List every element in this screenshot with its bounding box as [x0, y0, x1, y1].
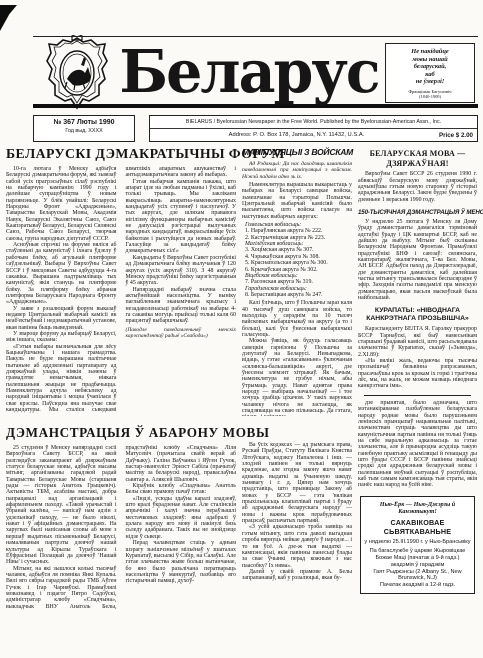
middle-column: МАНІПУЛЯЦЫІ З ВОЙСКАМ Ад Рэдакцыі: Да на…: [242, 146, 352, 652]
article-demo-mova-body: 25 студзеня ў Менску напярэдадні сэсіі В…: [6, 445, 236, 613]
price-label: Price $ 2.00: [439, 132, 473, 139]
demo-paragraph: «З усёй адказнасьцю трэба заявіць на гэт…: [242, 524, 352, 568]
headline-demo-mova: ДЭМАНСТРАЦЫЯ Ў АБАРОНУ МОВЫ: [6, 425, 236, 440]
divider-rule: [364, 395, 471, 396]
announcement-box: Нью-Ёрк — Нью-Джэрзы й Канэктыкут! САКАВ…: [360, 496, 475, 594]
announcement-details: у нядзелю 25.III.1990 г. у Нью-Брансьвік…: [364, 539, 471, 589]
article-demo-mova-col4: дзе прынятая, было адзначана, што мэтана…: [358, 400, 477, 489]
scan-artifact: [0, 5, 17, 31]
article-demo150-body: У нядзелю 25 лютага ў Менску ля Дому ўра…: [358, 219, 477, 301]
forum-paragraph: 10-га лютага ў Менску адбыўся Беларускі …: [6, 166, 117, 242]
demo-paragraph: «Людзі, усюды здаўна каралі зладзеяў, шт…: [126, 496, 237, 540]
headline-kurapaty: КУРАПАТЫ: «НІВОДНАГА КАНКРЭТНАГА ПРОЗЬВІ…: [358, 307, 477, 323]
demo-paragraph: 25 студзеня ў Менску напярэдадні сэсіі В…: [6, 445, 117, 566]
address-row: Address: P. O. Box 178, Jamaica, N.Y. 11…: [150, 129, 477, 141]
demo-paragraph: Кіраўнік клюбу «Спадчына» Анатоль Белы с…: [126, 483, 237, 496]
left-columns: БЕЛАРУСКІ ДЭМАКРАТЫЧНЫ ФОРУМ 10-га лютаг…: [6, 146, 236, 652]
announcement-line: Гаят Рыджэнсы (2 Albany St., New Brunswi…: [364, 569, 471, 583]
forum-paragraph: (Паводле паведамленьняў менскіх карэспан…: [126, 327, 237, 340]
article-army-body: Ад Рэдакцыі: Да нас даходзяць шматлікія …: [242, 161, 352, 416]
motto-line: не ўмерлі!: [388, 78, 472, 86]
motto-line: Не пакідайце: [388, 48, 472, 56]
army-editorial-intro: Ад Рэдакцыі: Да нас даходзяць шматлікія …: [242, 161, 352, 180]
announcement-title: САКАВІКОВАЕ СЬВЯТКАВАНЬНЕ: [364, 518, 471, 536]
headline-demo150: 150-ТЫСЯЧНАЯ ДЭМАНСТРАЦЫЯ Ў МЕНСКУ: [358, 209, 477, 216]
army-paragraph: Калі ўлічыць, што ў Польшчы зараз каля 4…: [242, 300, 352, 338]
publisher-box: BIELARUS / Byelorussian Newspaper in the…: [149, 115, 478, 142]
announcement-region: Нью-Ёрк — Нью-Джэрзы й Канэктыкут!: [364, 501, 471, 516]
announcement-line: Па багаслужбе ў царкве Жыровіцкае Божае …: [364, 548, 471, 568]
demo150-paragraph: У нядзелю 25 лютага ў Менску ля Дому ўра…: [358, 219, 477, 301]
issue-volume: Год выд. XXXX: [34, 128, 134, 135]
headline-army: МАНІПУЛЯЦЫІ З ВОЙСКАМ: [242, 147, 352, 158]
masthead-motto-box: Не пакідайцемовы нашайбеларускай,кабне ў…: [385, 43, 475, 103]
masthead: Беларус Не пакідайцемовы нашайбеларускай…: [33, 36, 478, 107]
announcement-line: Пачатак акадэміі а 12-й гадз.: [364, 582, 471, 589]
forum-paragraph: У заяве з рэзалюцыяй форум выказаў недав…: [6, 306, 117, 331]
infobar: № 367 Люты 1990 Год выд. XXXX BIELARUS /…: [33, 115, 478, 142]
army-lead-paragraph: Наменклятура вырашыла выкарыстаць у выба…: [242, 182, 352, 220]
article-demo-mova-continuation: Ва ўсіх кодэксах — ад рымскага права, Ру…: [242, 442, 352, 612]
motto-years: (1840-1900): [388, 94, 472, 99]
kurapaty-paragraph: «На вялікі жаль, ведаючы пра тысячы проз…: [358, 358, 477, 390]
army-districts-list: Гомельская вобласьць:1. Нараўлянская акр…: [242, 222, 352, 298]
forum-paragraph: Напярэдадні выбараў значна стала актыўне…: [126, 287, 237, 325]
motto-line: беларускай,: [388, 63, 472, 71]
motto-line: мовы нашай: [388, 56, 472, 64]
publisher-line: BIELARUS / Byelorussian Newspaper in the…: [150, 116, 477, 129]
coat-of-arms-pahonia-icon: [45, 35, 109, 111]
army-paragraphs: Калі ўлічыць, што ў Польшчы зараз каля 4…: [242, 300, 352, 416]
forum-paragraph: Асноўныя спрэчкі на форуме вяліся аб ста…: [6, 242, 117, 305]
district-line: 8. Бераставіцкая акруга № 247.: [242, 292, 352, 298]
mova-paragraph: Вярхоўны Савет БССР 26 студзеня 1990 г. …: [358, 171, 477, 203]
announcement-line: у нядзелю 25.III.1990 г. у Нью-Брансьвік…: [364, 539, 471, 546]
address-line: Address: P. O. Box 178, Jamaica, N.Y. 11…: [154, 132, 439, 138]
article-forum-body: 10-га лютага ў Менску адбыўся Беларускі …: [6, 166, 236, 416]
demo-paragraph: Далей у сваёй прамове А. Белы запрапанав…: [242, 569, 352, 582]
forum-paragraph: У звароце форуму да выбарцаў Беларусі, м…: [6, 331, 117, 344]
army-paragraph: Можна ўявіць, як будуць галасаваць савец…: [242, 338, 352, 416]
article-mova-body: Вярхоўны Савет БССР 26 студзеня 1990 г. …: [358, 171, 477, 203]
newspaper-page: Беларус Не пакідайцемовы нашайбеларускай…: [0, 0, 483, 658]
article-kurapaty-body: Карэспандэнту БЕЛТА Я. Гарэлку пракурор …: [358, 326, 477, 389]
demo-paragraph: Перад чалавецтвам стаіць у адным шэрагу …: [126, 540, 237, 584]
motto-text: Не пакідайцемовы нашайбеларускай,кабне ў…: [388, 48, 472, 86]
issue-box: № 367 Люты 1990 Год выд. XXXX: [33, 115, 135, 142]
newspaper-title: Беларус: [113, 39, 385, 106]
demo-paragraph: Ва ўсіх кодэксах — ад рымскага права, Ру…: [242, 442, 352, 524]
page-content: БЕЛАРУСКІ ДЭМАКРАТЫЧНЫ ФОРУМ 10-га лютаг…: [6, 146, 477, 652]
issue-number: № 367 Люты 1990: [34, 119, 134, 128]
demo-paragraph: дзе прынятая, было адзначана, што мэтана…: [358, 400, 477, 489]
headline-forum: БЕЛАРУСКІ ДЭМАКРАТЫЧНЫ ФОРУМ: [6, 146, 236, 162]
forum-paragraph: Гэтая выбарчая кампанія пакажа, што апар…: [126, 179, 237, 255]
kurapaty-paragraph: Карэспандэнту БЕЛТА Я. Гарэлку пракурор …: [358, 326, 477, 358]
forum-paragraph: Кандыдаты ў Вярхоўны Савет рэспублікі ад…: [126, 255, 237, 287]
headline-mova: БЕЛАРУСКАЯ МОВА — ДЗЯРЖАЎНАЯ!: [358, 149, 477, 168]
right-column: БЕЛАРУСКАЯ МОВА — ДЗЯРЖАЎНАЯ! Вярхоўны С…: [358, 146, 477, 652]
column-spacer: [242, 416, 352, 442]
